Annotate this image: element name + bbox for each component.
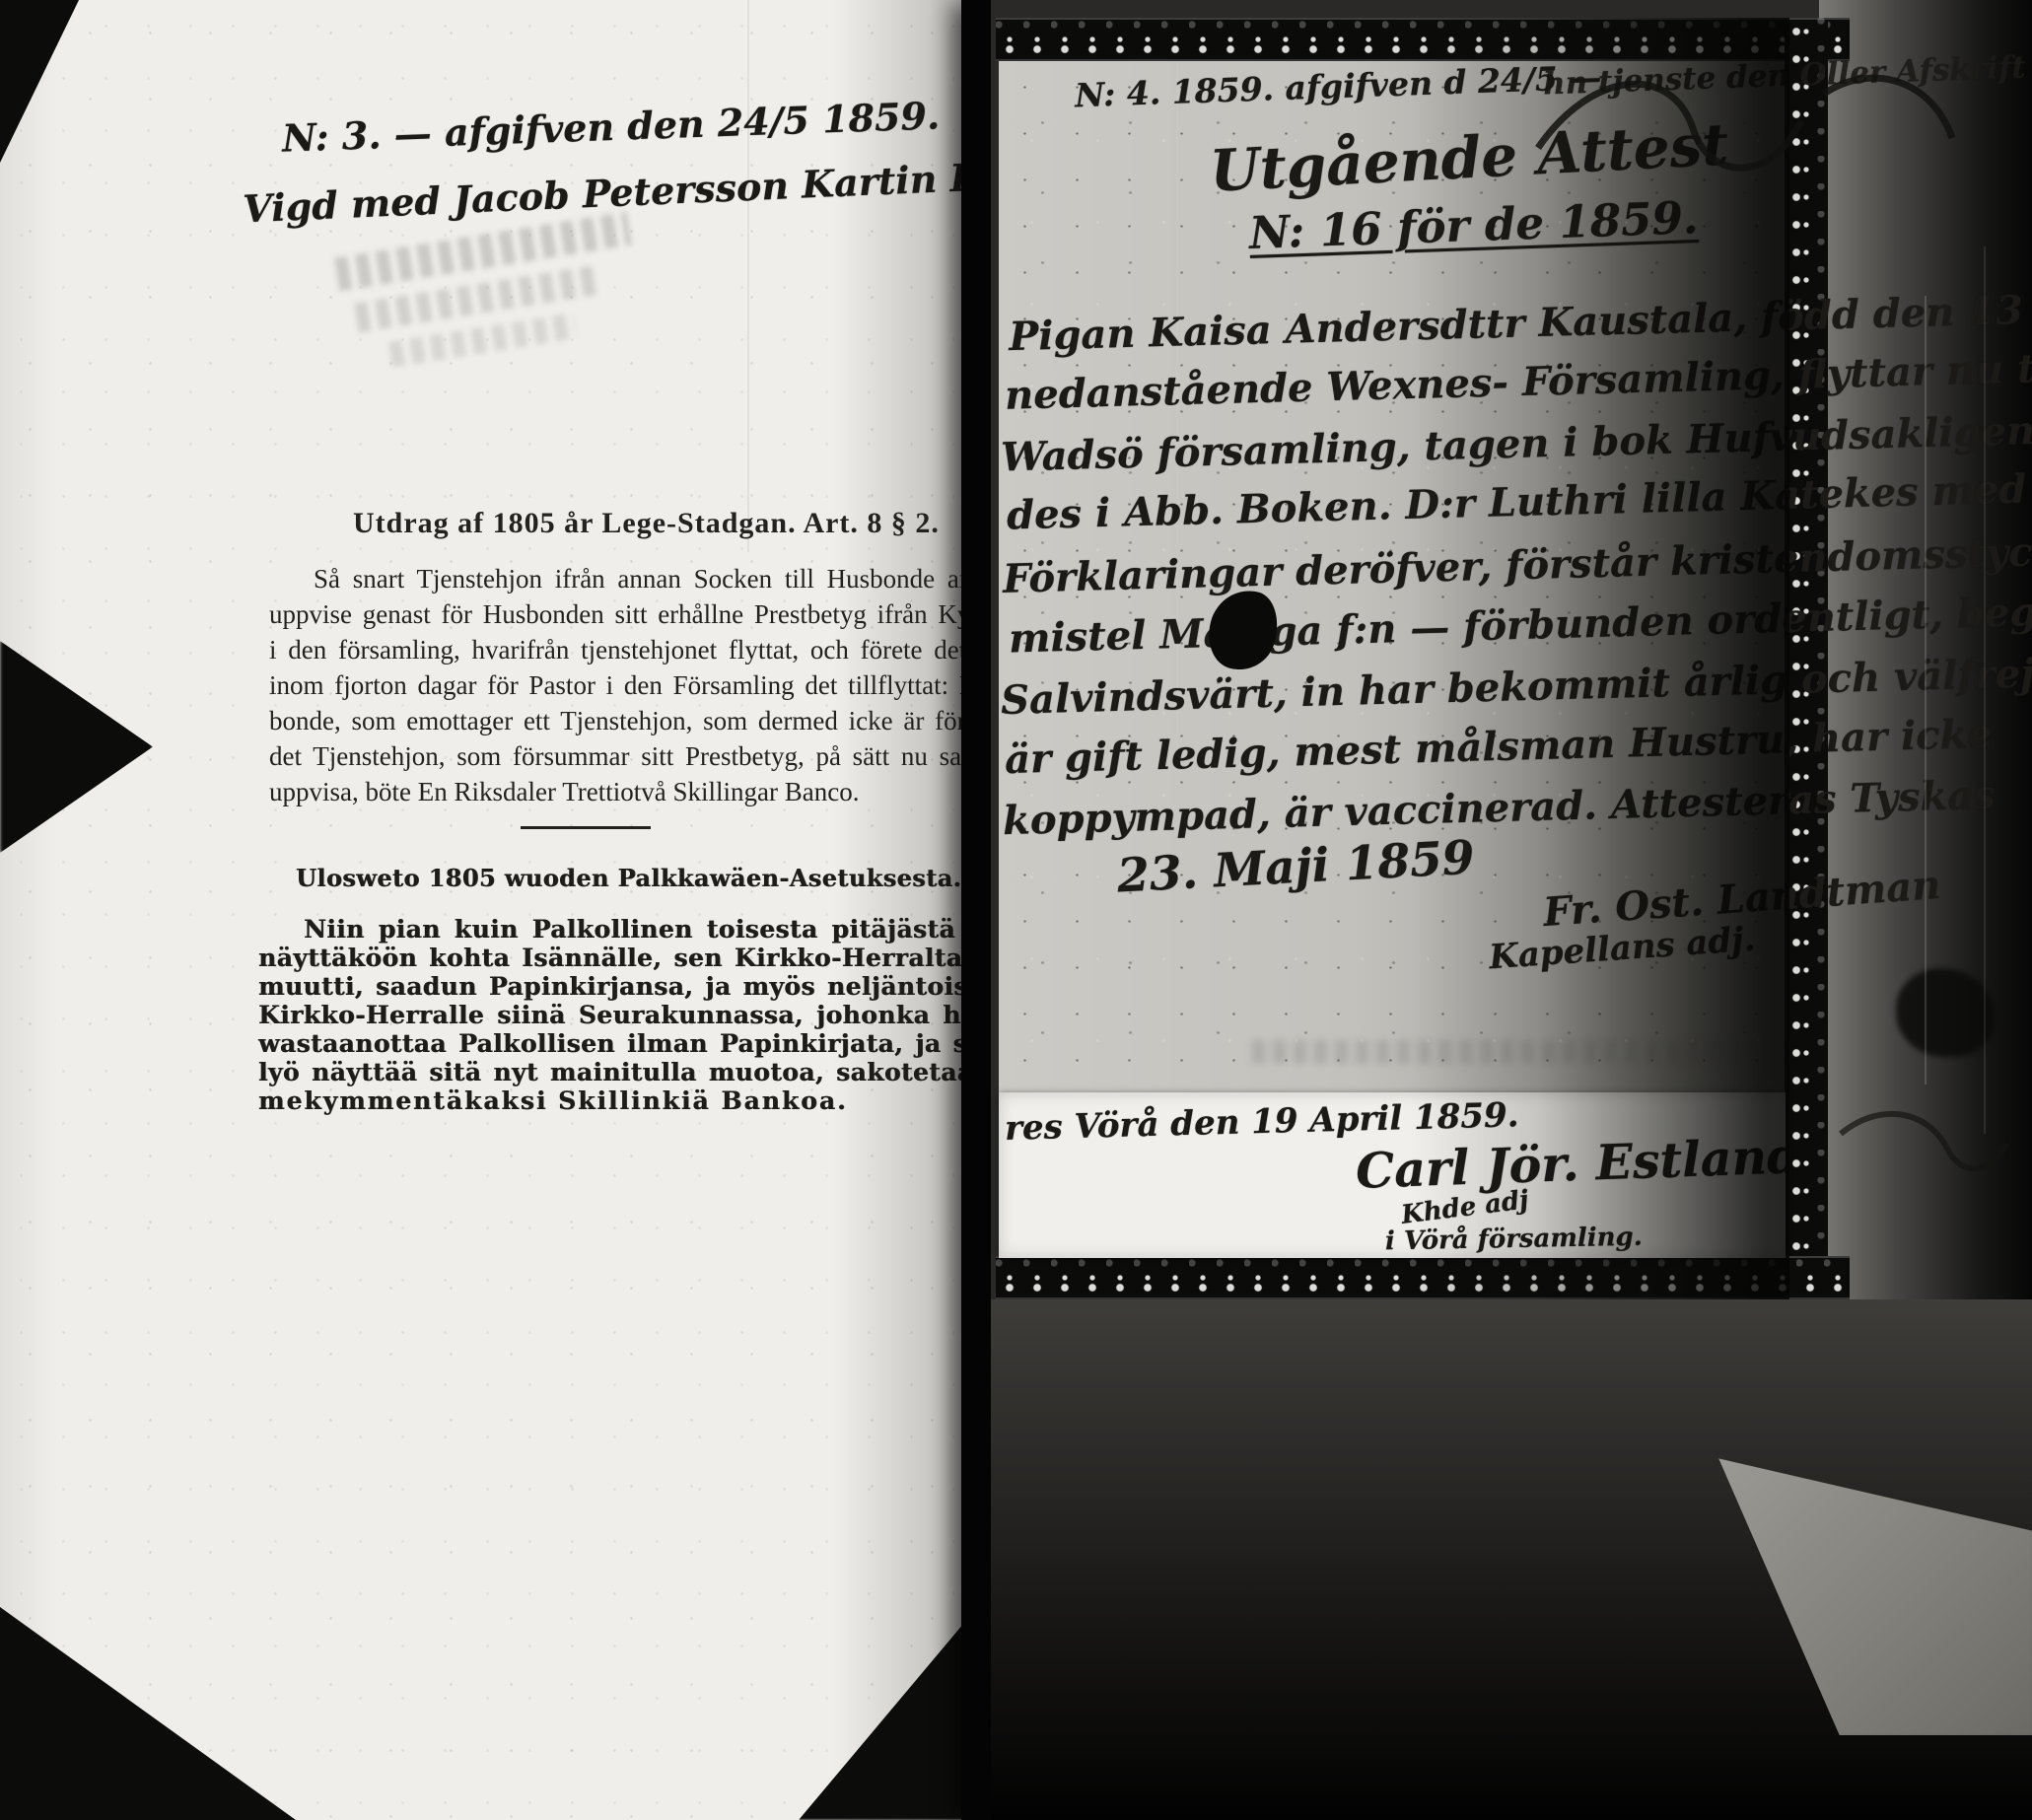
printed-paragraph-line: Niin pian kuin Palkollinen toisesta pitä… bbox=[304, 915, 969, 944]
printed-paragraph-line: Kirkko-Herralle siinä Seurakunnassa, joh… bbox=[258, 1001, 969, 1029]
printed-paragraph-line: wastaanottaa Palkollisen ilman Papinkirj… bbox=[258, 1029, 969, 1058]
right-page: N: 4. 1859. afgifven d 24/5 — hn tjenste… bbox=[991, 0, 2032, 1820]
printed-paragraph-line: i den församling, hvarifrån tjenstehjone… bbox=[269, 635, 969, 665]
printed-heading-finnish: Ulosweto 1805 wuoden Palkkawäen-Asetukse… bbox=[296, 864, 969, 892]
scratch-line bbox=[1925, 296, 1927, 1085]
printed-paragraph-line: det Tjenstehjon, som försummar sitt Pres… bbox=[269, 741, 969, 772]
corner-shadow bbox=[0, 1607, 296, 1820]
slip-parish: i Vörå församling. bbox=[1385, 1223, 1643, 1257]
corner-shadow bbox=[0, 0, 79, 163]
printed-paragraph-line: Så snart Tjenstehjon ifrån annan Socken … bbox=[314, 564, 969, 595]
printed-paragraph-line: bonde, som emottager ett Tjenstehjon, so… bbox=[269, 706, 969, 736]
handwritten-archive-note-line1: N: 3. — afgifven den 24/5 1859. bbox=[281, 93, 940, 160]
ghost-text-line bbox=[1252, 1040, 1789, 1064]
paper-corner-shadow bbox=[0, 641, 153, 853]
printed-paragraph-line: näyttäköön kohta Isännälle, sen Kirkko-H… bbox=[258, 944, 969, 972]
signature-slip: res Vörå den 19 April 1859. Carl Jör. Es… bbox=[999, 1092, 1786, 1258]
fold-crease bbox=[747, 0, 749, 552]
page-edge-shadow bbox=[799, 1617, 969, 1820]
printed-paragraph-line: muutti, saadun Papinkirjansa, ja myös ne… bbox=[258, 972, 969, 1001]
printed-paragraph-line: lyö näyttää sitä nyt mainitulla muotoa, … bbox=[258, 1058, 969, 1086]
printed-heading-swedish: Utdrag af 1805 år Lege-Stadgan. Art. 8 §… bbox=[353, 507, 940, 540]
scanned-archival-spread: N: 3. — afgifven den 24/5 1859. Vigd med… bbox=[0, 0, 2032, 1820]
left-page: N: 3. — afgifven den 24/5 1859. Vigd med… bbox=[0, 0, 969, 1820]
section-divider-rule bbox=[521, 826, 651, 829]
ornamental-border-top bbox=[996, 18, 1850, 61]
printed-paragraph-line: inom fjorton dagar för Pastor i den Förs… bbox=[269, 670, 969, 701]
printed-paragraph-line: mekymmentäkaksi Skillinkiä Bankoa. bbox=[258, 1086, 848, 1115]
scratch-line bbox=[1984, 246, 1986, 1134]
printed-paragraph-line: uppvisa, böte En Riksdaler Trettiotvå Sk… bbox=[269, 777, 859, 807]
ornamental-border-bottom bbox=[996, 1256, 1850, 1299]
printed-paragraph-line: uppvise genast för Husbonden sitt erhåll… bbox=[269, 599, 969, 630]
